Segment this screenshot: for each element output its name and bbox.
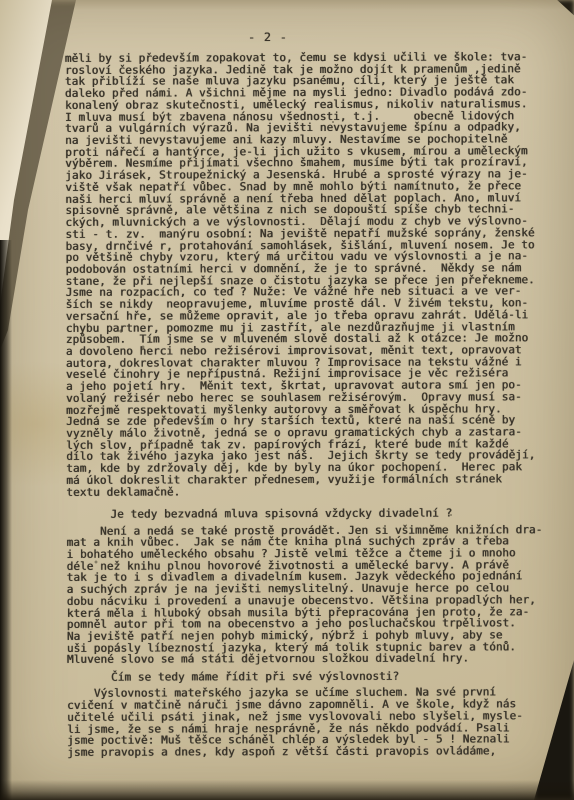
section-question-1: Je tedy bezvadná mluva spisovná vždycky …: [110, 507, 552, 520]
section-question-2: Čím se tedy máme řídit při své výslovnos…: [111, 670, 553, 683]
left-edge-shadow: [0, 240, 12, 800]
page-number: - 2 -: [248, 30, 288, 44]
bottom-edge-shadow: [0, 780, 574, 800]
page-text: měli by si především zopakovat to, čemu …: [65, 51, 553, 758]
body-paragraph-3: Výslovnosti mateřského jazyka se učíme s…: [67, 687, 553, 759]
body-paragraph-1: měli by si především zopakovat to, čemu …: [65, 51, 553, 498]
scanned-page-photo: - 2 - měli by si především zopakovat to,…: [0, 0, 574, 800]
body-paragraph-2: Není a nedá se také prostě provádět. Jen…: [66, 524, 552, 666]
